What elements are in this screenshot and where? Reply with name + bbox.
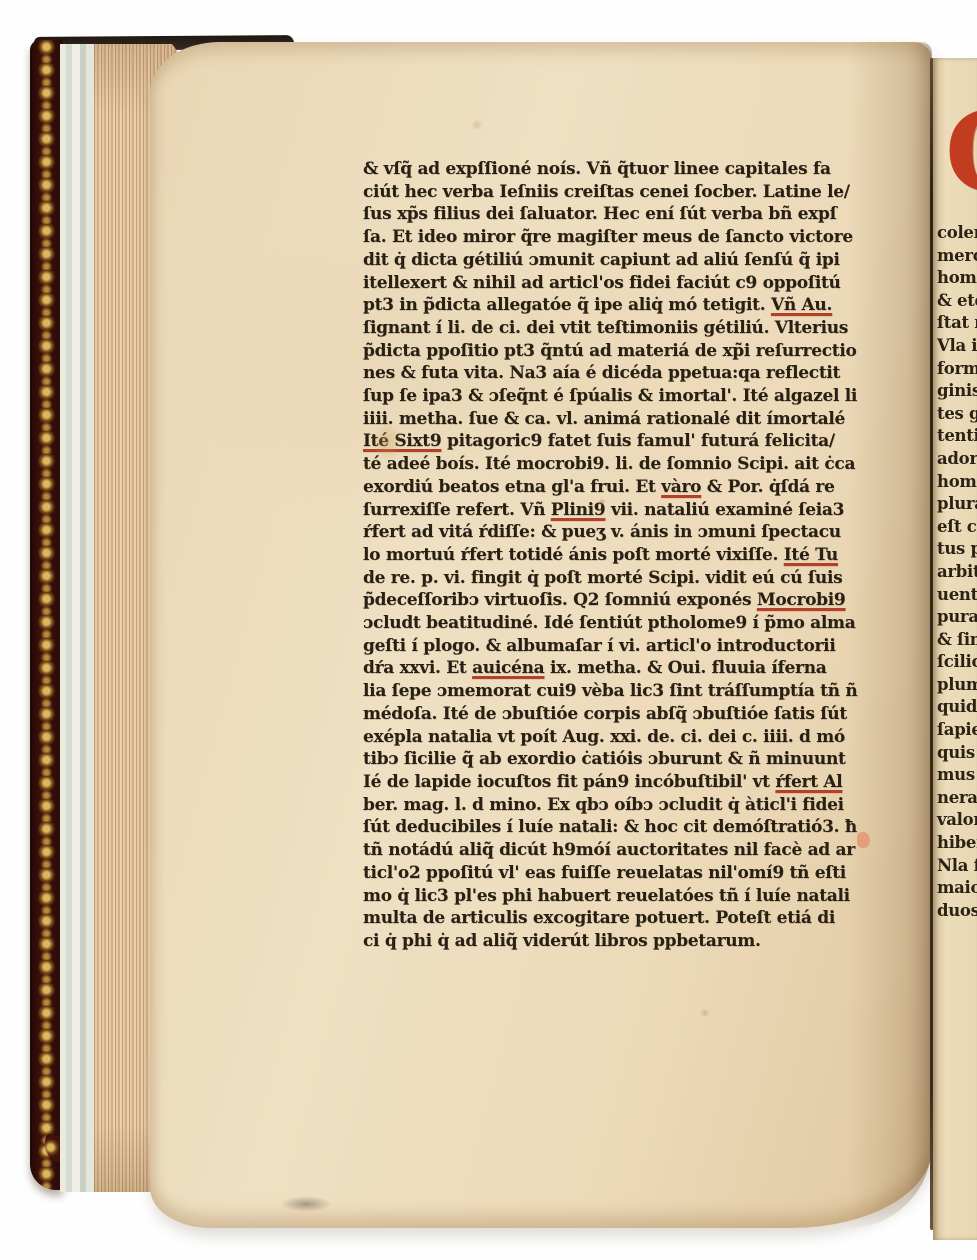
text-line: lia ſepe ɔmemorat cui9 vèba lic3 ſint tr… — [363, 680, 885, 703]
fragment-line: valoren — [937, 809, 977, 832]
text-line: dit q̇ dicta gétiliú ɔmunit capiunt ad a… — [363, 249, 885, 272]
text-line: dŕa xxvi. Et auicéna ix. metha. & Oui. f… — [363, 657, 885, 680]
fragment-line: & ſine p — [937, 629, 977, 652]
text-line: médoſa. Ité de ɔbuſtióe corpis abſq̃ ɔbu… — [363, 703, 885, 726]
fragment-line: nera gr — [937, 787, 977, 810]
text-line: ɔcludt beatitudiné. Idé ſentiút ptholome… — [363, 612, 885, 635]
fragment-line: arbitr — [937, 561, 977, 584]
fragment-line: adorat — [937, 448, 977, 471]
fragment-line: hibend — [937, 832, 977, 855]
text-line: Ié de lapide iocuſtos fit pán9 incóbuſti… — [363, 771, 885, 794]
foxing-spot — [372, 420, 402, 462]
text-line: ticl'o2 ppoſitú vl' eas fuiſſe reuelatas… — [363, 862, 885, 885]
fragment-line: Vla inc — [937, 335, 977, 358]
fragment-line: eſt cete — [937, 516, 977, 539]
fragment-line: quis de — [937, 742, 977, 765]
fragment-line: pura & — [937, 606, 977, 629]
text-line: geſti í plogo. & albumaſar í vi. articl'… — [363, 635, 885, 658]
text-line: ci q̇ phi q̇ ad aliq̃ viderút libros ppb… — [363, 930, 885, 953]
text-line: ſignant í li. de ci. dei vtit teſtimonii… — [363, 317, 885, 340]
fragment-line: tes gr — [937, 403, 977, 426]
text-line: nes & futa vita. Na3 aía é dicéda ppetua… — [363, 362, 885, 385]
text-line: itellexert & nihil ad articl'os fidei fa… — [363, 272, 885, 295]
fragment-line: & ete — [937, 290, 977, 313]
text-line: mo q̇ lic3 pl'es phi habuert reuelatóes … — [363, 885, 885, 908]
fragment-line: ſapient — [937, 719, 977, 742]
text-line: tibɔ ſicilie q̃ ab exordio ċatióis ɔburu… — [363, 748, 885, 771]
text-line: p̃deceſſoribɔ virtuoſis. Q2 ſomniú expon… — [363, 589, 885, 612]
left-page: & vſq̃ ad expſſioné noís. Vñ q̃tuor line… — [150, 42, 932, 1228]
right-page-text: colermercuhomo& eteſtat nãVla incformãgi… — [937, 222, 977, 922]
text-line: ſút deducibiles í luíe natali: & hoc cit… — [363, 816, 885, 839]
text-line: p̃dicta ppoſitio pt3 q̃ntú ad materiá de… — [363, 340, 885, 363]
text-line: ſup ſe ipa3 & ɔſeq̃nt é ſpúalis & imorta… — [363, 385, 885, 408]
fragment-line: ſcilicet — [937, 651, 977, 674]
text-line: ŕfert ad vitá ŕdiſſe: & pueʒ v. ánis in … — [363, 521, 885, 544]
foxing-spot — [280, 1196, 332, 1212]
text-line: exépla natalia vt poít Aug. xxi. de. ci.… — [363, 726, 885, 749]
text-line: Ité Sixt9 pitagoric9 fatet ſuis famul' f… — [363, 430, 885, 453]
right-page-strip: Q colermercuhomo& eteſtat nãVla incformã… — [933, 58, 977, 1240]
text-line: ſurrexiſſe refert. Vñ Plini9 vii. natali… — [363, 499, 885, 522]
foxing-spot — [598, 498, 606, 506]
text-line: multa de articulis excogitare potuert. P… — [363, 907, 885, 930]
fragment-line: mus p — [937, 764, 977, 787]
fragment-line: homo — [937, 267, 977, 290]
text-line: ſa. Et ideo miror q̃re magiſter meus de … — [363, 226, 885, 249]
text-line: lo mortuú ŕfert totidé ánis poſt morté v… — [363, 544, 885, 567]
fragment-line: plum d — [937, 674, 977, 697]
fragment-line: formã — [937, 358, 977, 381]
text-line: iiii. metha. ſue & ca. vl. animá rationa… — [363, 408, 885, 431]
flyleaf-edges — [60, 44, 94, 1192]
foxing-spot — [470, 120, 484, 130]
red-lombard-initial: Q — [945, 102, 977, 202]
fragment-line: tentio. — [937, 425, 977, 448]
fragment-line: maiori — [937, 877, 977, 900]
gilt-binding-edge — [30, 40, 63, 1190]
text-line: exordiú beatos etna gl'a frui. Et vàro &… — [363, 476, 885, 499]
text-line: tñ notádú aliq̃ dicút h9móí auctoritates… — [363, 839, 885, 862]
fragment-line: ginis:u — [937, 380, 977, 403]
fragment-line: mercu — [937, 245, 977, 268]
text-line: ber. mag. l. d mino. Ex qbɔ oíbɔ ɔcludit… — [363, 794, 885, 817]
fragment-line: quid de — [937, 696, 977, 719]
photo-background: & vſq̃ ad expſſioné noís. Vñ q̃tuor line… — [0, 0, 977, 1260]
foxing-spot — [700, 1008, 710, 1018]
gutter-shadow — [848, 42, 932, 1228]
text-line: pt3 in p̃dicta allegatóe q̃ ipe aliq̇ mó… — [363, 294, 885, 317]
fragment-line: Nla ſiq — [937, 855, 977, 878]
text-line: & vſq̃ ad expſſioné noís. Vñ q̃tuor line… — [363, 158, 885, 181]
fragment-line: coler — [937, 222, 977, 245]
fragment-line: duos ob — [937, 900, 977, 923]
foxing-spot — [857, 832, 870, 848]
text-line: de re. p. vi. fingit q̇ poſt morté Scipi… — [363, 567, 885, 590]
text-line: té adeé boís. Ité mocrobi9. li. de ſomni… — [363, 453, 885, 476]
fragment-line: uentes — [937, 584, 977, 607]
fragment-line: ſtat nã — [937, 312, 977, 335]
text-line: ciút hec verba Ieſniis creiſtas cenei ſo… — [363, 181, 885, 204]
fragment-line: plura b — [937, 493, 977, 516]
fragment-line: tus pi — [937, 538, 977, 561]
fragment-line: hominã — [937, 471, 977, 494]
text-line: ſus xp̃s filius dei ſaluator. Hec ení ſú… — [363, 203, 885, 226]
text-block: & vſq̃ ad expſſioné noís. Vñ q̃tuor line… — [363, 158, 885, 953]
